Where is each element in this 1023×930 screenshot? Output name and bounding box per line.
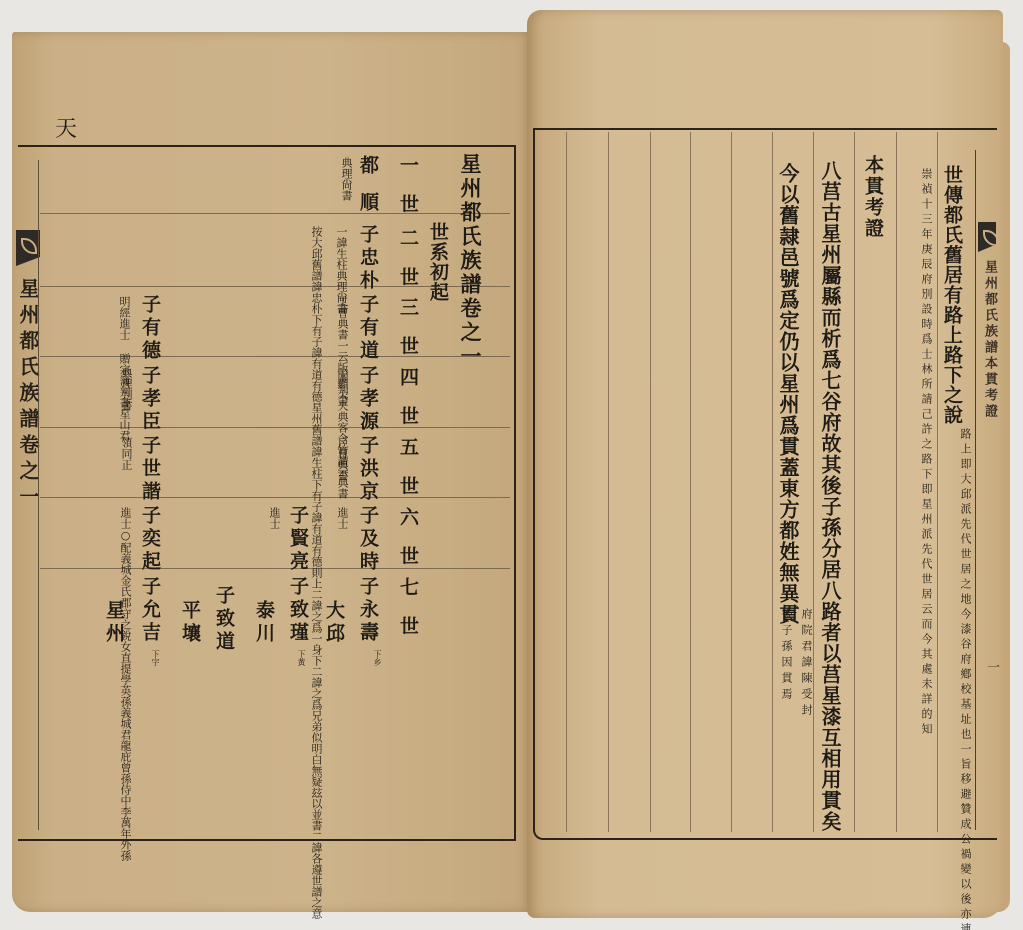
person-subnote: 下乡: [372, 650, 383, 666]
person-note: 進士: [336, 507, 349, 529]
column-rule: [566, 132, 567, 832]
column-rule: [608, 132, 609, 832]
column-rule: [854, 132, 855, 832]
person-name: 子世諧: [140, 435, 159, 504]
person-name: 子孝臣: [140, 365, 159, 434]
person-subnote: 下黃: [296, 650, 307, 666]
generation-label: 五世: [398, 437, 417, 515]
person-name: 子永壽: [358, 576, 377, 645]
spine-title: 星州都氏族譜本貫考證: [980, 260, 999, 420]
column-rule: [690, 132, 691, 832]
body-note: 後子孫因貫焉: [780, 608, 793, 704]
person-name: 子及時: [358, 505, 377, 574]
person-note: 典理判書: [120, 367, 133, 411]
person-note: 一諱生柱典理尙書: [335, 226, 348, 284]
place-name: 平壤: [180, 600, 199, 646]
person-note: 中顯大夫典客令竹譜云典書: [318, 367, 350, 425]
section-heading: 本貫考證: [863, 155, 882, 239]
generation-label: 二世: [398, 228, 417, 306]
person-subnote: 下字: [150, 650, 161, 666]
place-name: 泰川: [254, 600, 273, 646]
person-note: 戶曹典書: [336, 437, 349, 481]
person-note: 進士○配義城金氏郡守之銳女直提學英孫義城君龍庇曾孫侍中李萬年外孫: [62, 507, 134, 567]
column-rule: [813, 132, 814, 832]
body-text: 八莒古星州屬縣而析爲七谷府故其後子孫分居八路者以莒星漆互相用貫矣: [820, 160, 840, 832]
person-name: 都順: [358, 155, 377, 229]
generation-label: 三世: [398, 297, 417, 375]
row-divider: [40, 497, 510, 498]
row-divider: [40, 568, 510, 569]
place-name: 星州: [104, 600, 123, 646]
generation-label: 七世: [398, 577, 417, 655]
person-note: 明經進士 贈宗簿判書星山君: [82, 296, 132, 372]
row-divider: [40, 427, 510, 428]
body-text: 今以舊隷邑號爲定仍以星州爲貫蓋東方都姓無異貫: [778, 163, 798, 625]
section-heading: 世系初起: [428, 222, 447, 302]
page-title: 星州都氏族譜卷之一: [460, 153, 481, 369]
commentary-note: 按大邱舊譜諱忠朴下有子諱有道有德星州舊譜諱生柱下有子諱有道有德則上二諱之爲一身下…: [60, 226, 325, 284]
body-note: 府院君諱陳受封: [800, 608, 813, 720]
person-name: 子賢亮: [288, 505, 307, 574]
column-rule: [650, 132, 651, 832]
person-note: 工曹典書一云版圖判書: [318, 296, 350, 354]
column-rule: [937, 132, 938, 832]
person-note: 進士: [268, 507, 281, 529]
person-note: 領同正: [120, 437, 133, 470]
right-inner-rule: [975, 150, 976, 830]
page-number: 一: [982, 660, 1001, 673]
person-name: 子洪京: [358, 435, 377, 504]
heading-note: 路上即大邱派先代世居之地今漆谷府鄕校基址也一旨移避贊成公禍變以後亦連代守護矣: [943, 428, 973, 818]
person-name: 子有德: [140, 294, 159, 363]
column-rule: [731, 132, 732, 832]
person-name: 子奕起: [140, 505, 159, 574]
person-note: 典理尙書: [340, 157, 353, 201]
generation-label: 六世: [398, 507, 417, 585]
corner-mark: 天: [55, 112, 77, 143]
person-name: 子有道: [358, 294, 377, 363]
column-rule: [772, 132, 773, 832]
person-name: 子孝源: [358, 365, 377, 434]
generation-label: 一世: [398, 155, 417, 233]
row-divider: [40, 213, 510, 214]
left-inner-rule: [38, 160, 39, 830]
place-name: 大邱: [324, 600, 343, 646]
person-name: 子允吉: [140, 576, 159, 645]
person-name: 子忠朴: [358, 224, 377, 293]
person-name: 子致道: [214, 585, 233, 654]
heading-oral-tradition: 世傳都氏舊居有路上路下之說: [942, 165, 961, 425]
person-name: 子致瑾: [288, 576, 307, 645]
column-rule: [896, 132, 897, 832]
heading-note: 崇禎十三年庚辰府別設時爲士林所請己許之路下即星州派先代世居云而今其處未詳的知: [902, 168, 936, 478]
generation-label: 四世: [398, 367, 417, 445]
